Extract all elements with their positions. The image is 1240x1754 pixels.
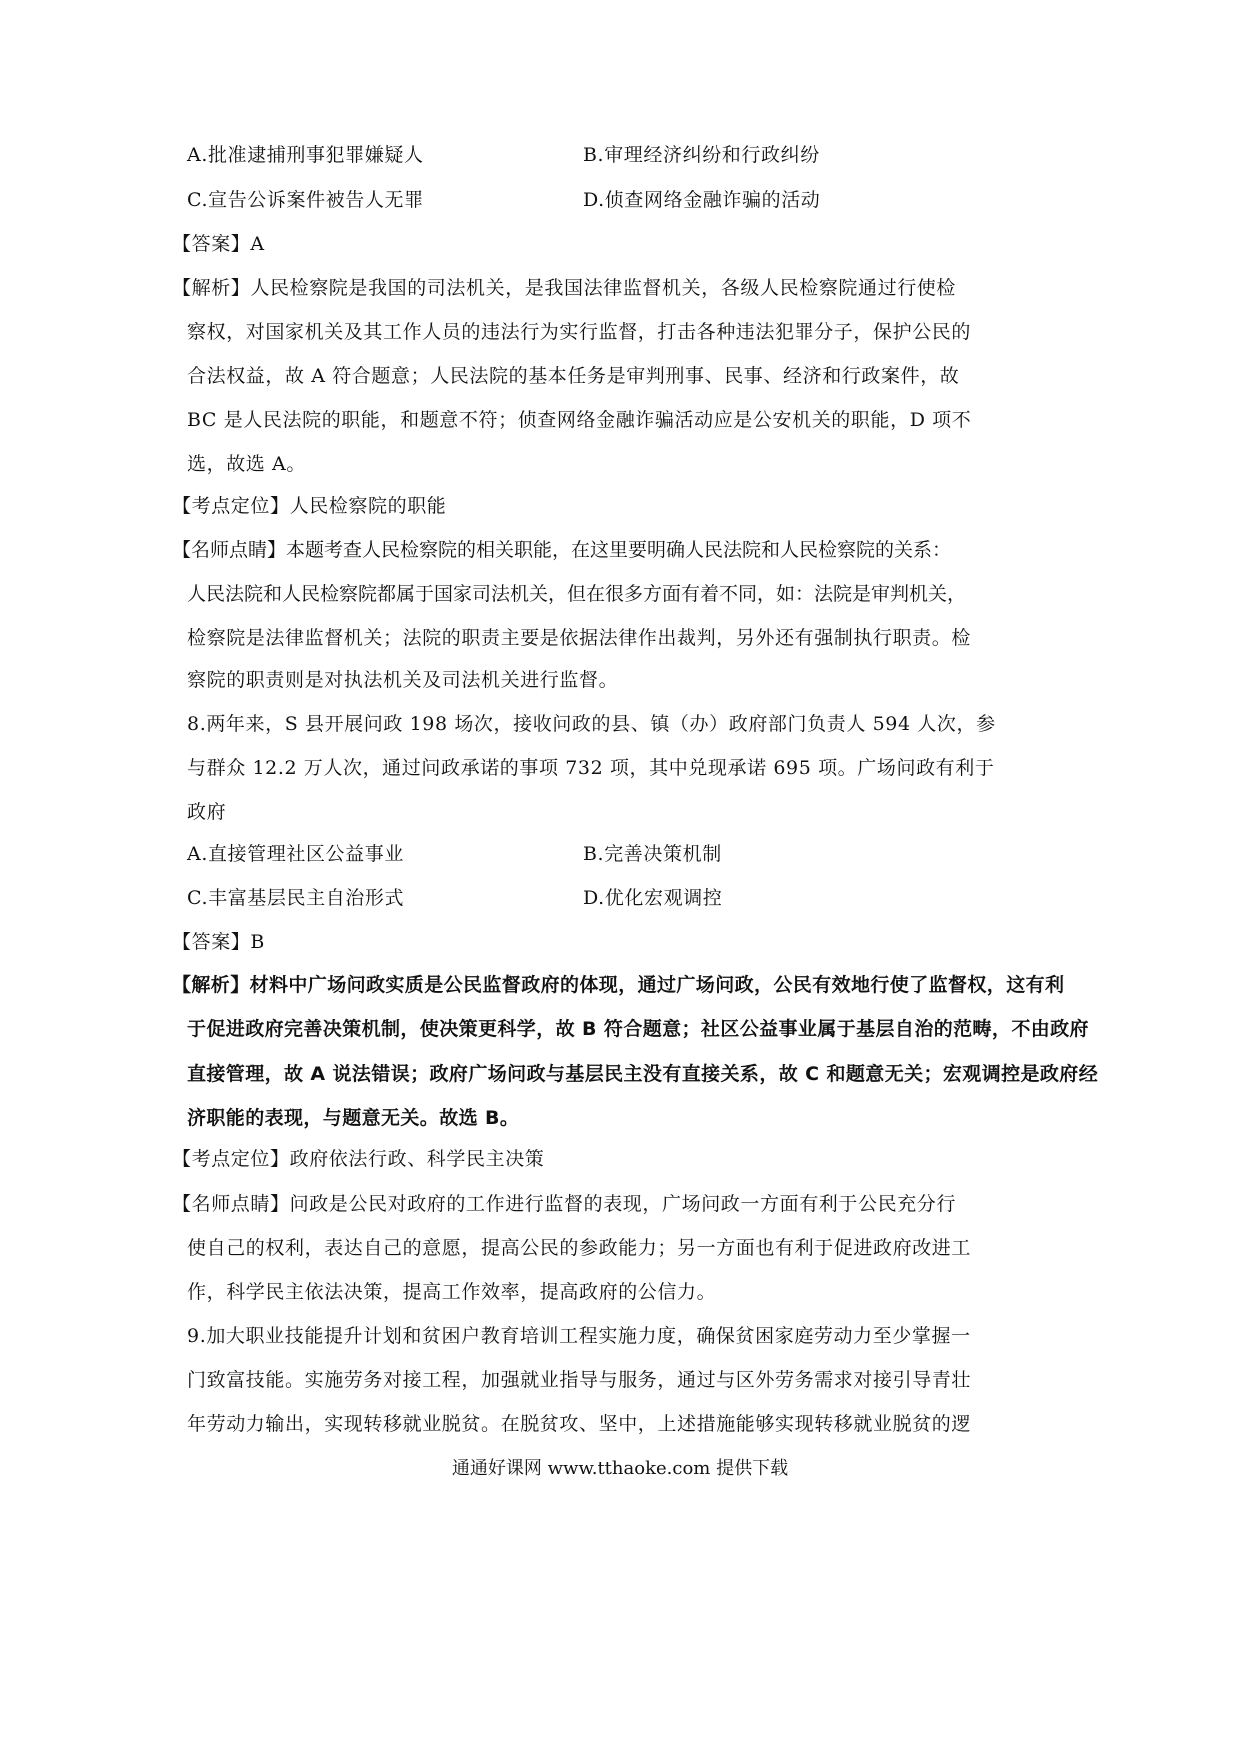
q8-option-b: B.完善决策机制	[583, 842, 722, 866]
q8-analysis-line: 于促进政府完善决策机制，使决策更科学，故 B 符合题意；社区公益事业属于基层自治…	[187, 1017, 1089, 1041]
q7-answer: 【答案】A	[172, 232, 265, 256]
q7-teacher-note-line: 察院的职责则是对执法机关及司法机关进行监督。	[187, 668, 618, 692]
q8-teacher-note-line: 使自己的权利，表达自己的意愿，提高公民的参政能力；另一方面也有利于促进政府改进工	[187, 1236, 971, 1260]
q8-answer: 【答案】B	[172, 930, 265, 954]
q8-teacher-note-line: 【名师点睛】问政是公民对政府的工作进行监督的表现，广场问政一方面有利于公民充分行	[172, 1192, 956, 1216]
q8-stem-line: 与群众 12.2 万人次，通过问政承诺的事项 732 项，其中兑现承诺 695 …	[187, 756, 994, 780]
q7-option-d: D.侦查网络金融诈骗的活动	[583, 188, 820, 212]
q7-analysis-line: BC 是人民法院的职能，和题意不符；侦查网络金融诈骗活动应是公安机关的职能，D …	[187, 408, 971, 432]
q7-option-a: A.批准逮捕刑事犯罪嫌疑人	[187, 143, 424, 167]
footer-watermark: 通通好课网 www.tthaoke.com 提供下载	[0, 1454, 1240, 1480]
q8-analysis-line: 济职能的表现，与题意无关。故选 B。	[187, 1106, 519, 1130]
q9-stem-line: 9.加大职业技能提升计划和贫困户教育培训工程实施力度，确保贫困家庭劳动力至少掌握…	[187, 1324, 971, 1348]
q7-analysis-line: 合法权益，故 A 符合题意；人民法院的基本任务是审判刑事、民事、经济和行政案件，…	[187, 364, 959, 388]
q8-teacher-note-line: 作，科学民主依法决策，提高工作效率，提高政府的公信力。	[187, 1280, 716, 1304]
q8-analysis-line: 直接管理，故 A 说法错误；政府广场问政与基层民主没有直接关系，故 C 和题意无…	[187, 1062, 1098, 1086]
q7-key-point: 【考点定位】人民检察院的职能	[172, 494, 446, 518]
q7-teacher-note-line: 人民法院和人民检察院都属于国家司法机关，但在很多方面有着不同，如：法院是审判机关…	[187, 582, 966, 606]
q8-key-point: 【考点定位】政府依法行政、科学民主决策	[172, 1147, 544, 1171]
q9-stem-line: 门致富技能。实施劳务对接工程，加强就业指导与服务，通过与区外劳务需求对接引导青壮	[187, 1368, 971, 1392]
q8-option-d: D.优化宏观调控	[583, 886, 722, 910]
q7-analysis-line: 【解析】人民检察院是我国的司法机关，是我国法律监督机关，各级人民检察院通过行使检	[172, 276, 956, 300]
q8-stem-line: 政府	[187, 800, 226, 824]
q7-option-b: B.审理经济纠纷和行政纠纷	[583, 143, 820, 167]
q7-teacher-note-line: 【名师点睛】本题考查人民检察院的相关职能，在这里要明确人民法院和人民检察院的关系…	[172, 538, 951, 562]
q7-analysis-line: 选，故选 A。	[187, 452, 306, 476]
q8-analysis-line: 【解析】材料中广场问政实质是公民监督政府的体现，通过广场问政，公民有效地行使了监…	[172, 973, 1064, 997]
q7-option-c: C.宣告公诉案件被告人无罪	[187, 188, 424, 212]
q7-teacher-note-line: 检察院是法律监督机关；法院的职责主要是依据法律作出裁判，另外还有强制执行职责。检	[187, 626, 971, 650]
q9-stem-line: 年劳动力输出，实现转移就业脱贫。在脱贫攻、坚中，上述措施能够实现转移就业脱贫的逻	[187, 1412, 971, 1436]
q8-option-a: A.直接管理社区公益事业	[187, 842, 404, 866]
q8-stem-line: 8.两年来，S 县开展问政 198 场次，接收问政的县、镇（办）政府部门负责人 …	[187, 712, 996, 736]
q8-option-c: C.丰富基层民主自治形式	[187, 886, 404, 910]
q7-analysis-line: 察权，对国家机关及其工作人员的违法行为实行监督，打击各种违法犯罪分子，保护公民的	[187, 320, 971, 344]
